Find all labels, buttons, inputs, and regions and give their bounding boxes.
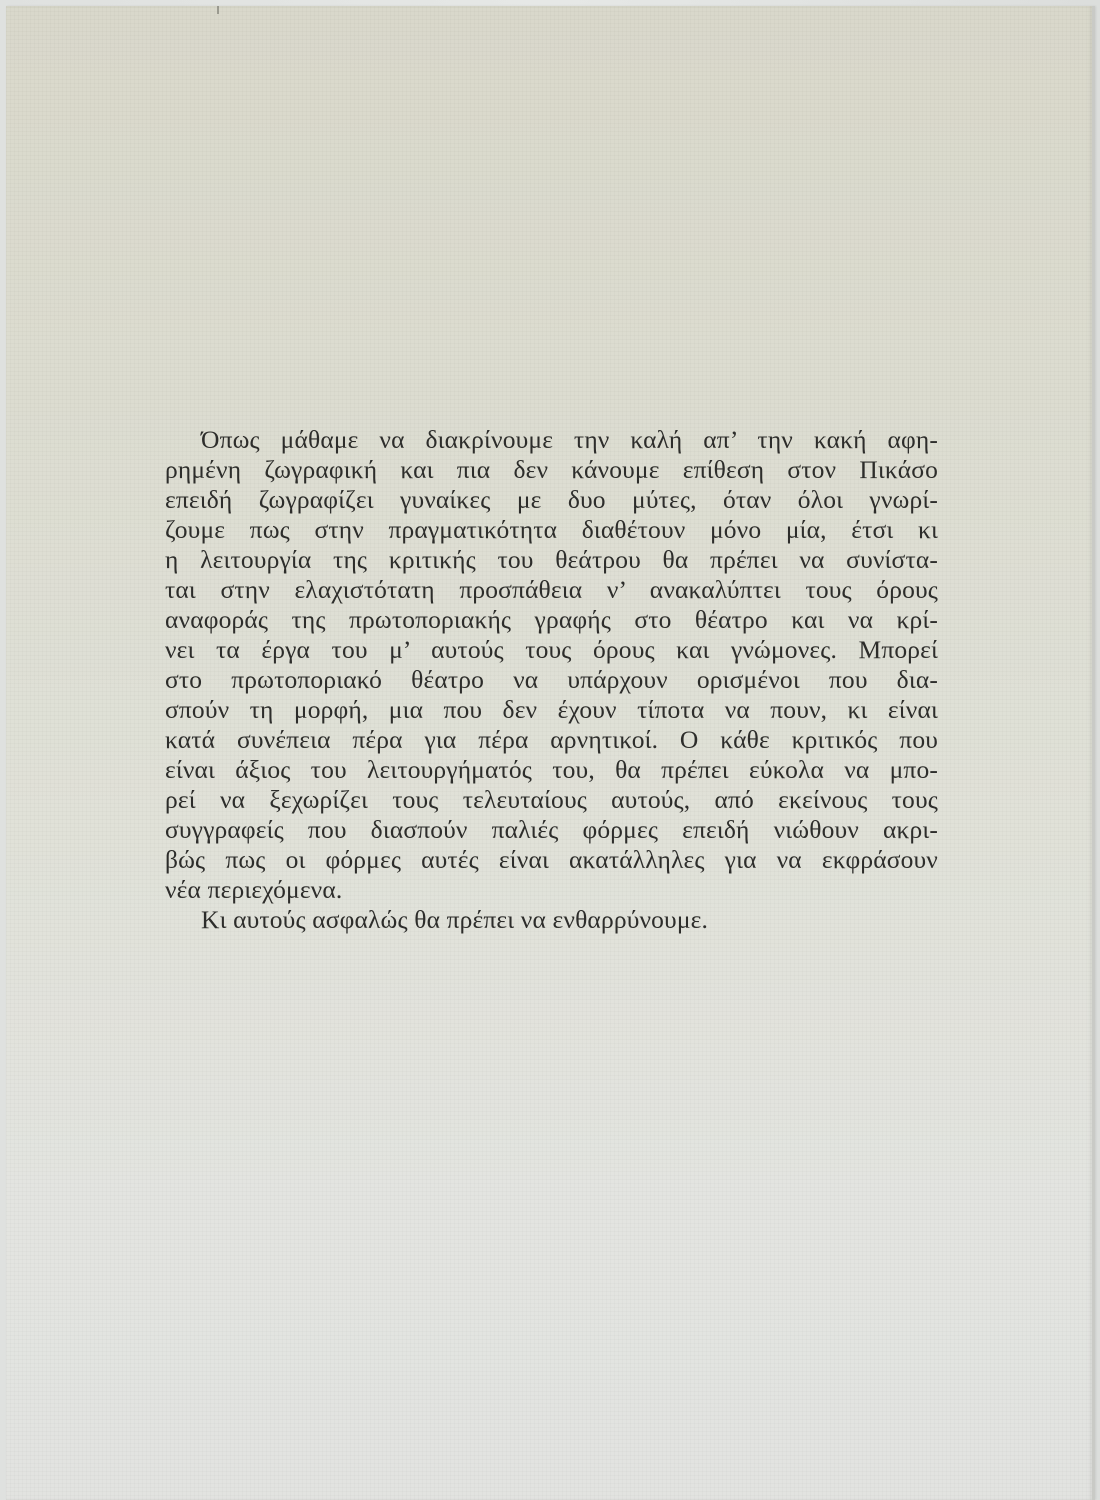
text-line: ται στην ελαχιστότατη προσπάθεια ν’ ανακ… (165, 575, 938, 605)
text-line: νει τα έργα του μ’ αυτούς τους όρους και… (165, 635, 938, 665)
text-line: ρημένη ζωγραφική και πια δεν κάνουμε επί… (165, 455, 938, 485)
text-line: συγγραφείς που διασπούν παλιές φόρμες επ… (165, 815, 938, 845)
text-line: βώς πως οι φόρμες αυτές είναι ακατάλληλε… (165, 845, 938, 875)
text-line: στο πρωτοποριακό θέατρο να υπάρχουν ορισ… (165, 665, 938, 695)
text-line: η λειτουργία της κριτικής του θεάτρου θα… (165, 545, 938, 575)
cover-text: Όπως μάθαμε να διακρίνουμε την καλή απ’ … (165, 425, 938, 935)
text-line: Κι αυτούς ασφαλώς θα πρέπει να ενθαρρύνο… (165, 905, 938, 935)
paragraph-1: Όπως μάθαμε να διακρίνουμε την καλή απ’ … (165, 425, 938, 905)
text-line: νέα περιεχόμενα. (165, 875, 938, 905)
edge-mark (217, 6, 219, 14)
text-line: σπούν τη μορφή, μια που δεν έχουν τίποτα… (165, 695, 938, 725)
text-line: επειδή ζωγραφίζει γυναίκες με δυο μύτες,… (165, 485, 938, 515)
paragraph-2: Κι αυτούς ασφαλώς θα πρέπει να ενθαρρύνο… (165, 905, 938, 935)
text-line: αναφοράς της πρωτοποριακής γραφής στο θέ… (165, 605, 938, 635)
text-line: Όπως μάθαμε να διακρίνουμε την καλή απ’ … (165, 425, 938, 455)
text-line: είναι άξιος του λειτουργήματός του, θα π… (165, 755, 938, 785)
text-line: κατά συνέπεια πέρα για πέρα αρνητικοί. Ο… (165, 725, 938, 755)
text-line: ζουμε πως στην πραγματικότητα διαθέτουν … (165, 515, 938, 545)
text-line: ρεί να ξεχωρίζει τους τελευταίους αυτούς… (165, 785, 938, 815)
